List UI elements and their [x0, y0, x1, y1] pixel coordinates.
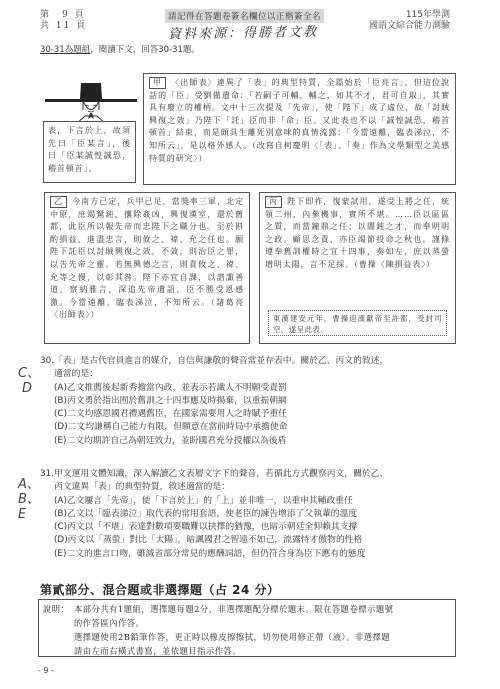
passage-bing-note: 東漢建安元年，曹操迎漢獻帝至許都，受封司空，遂呈此表。 — [268, 310, 447, 336]
part-two-title: 第貳部分、混合題或非選擇題（占 24 分） — [40, 581, 280, 598]
handwritten-mark: D — [22, 381, 40, 396]
passage-jia-text: 〈出師表〉違異了「表」的典型特質，全篇始於「臣亮言」，但這位說話的「臣」受劉備遺… — [149, 78, 450, 163]
question-stem: 30.「表」是古代官員進言的媒介，自信與謙敬的聲音常並存表中。關於乙、丙文的敘述… — [40, 355, 460, 368]
question-stem: 31.甲文運用文體知識，深入解讀乙文表層文字下的聲音，若循此方式觀察丙文，關於乙… — [40, 468, 460, 481]
passage-bing-text: 陛下即祚，復蒙試用，遂受上將之任，統領二州，內參機事，實所不堪。……臣以區區之質… — [265, 197, 450, 269]
exam-year: 115年學測 — [369, 10, 450, 21]
page-number-line: 第 9 頁 — [40, 10, 87, 21]
instructions-body: 本部分共有1題組，選擇題每題2分，非選擇題配分標於題末。限在答題卷標示題號 的作… — [74, 602, 451, 658]
instructions-line: 選擇題使用2B鉛筆作答，更正時以橡皮擦擦拭，切勿使用修正帶（液）。非選擇題 — [74, 630, 451, 644]
passage-jia: 甲〈出師表〉違異了「表」的典型特質，全篇始於「臣亮言」，但這位說話的「臣」受劉備… — [143, 73, 456, 185]
question-31: 31.甲文運用文體知識，深入解讀乙文表層文字下的聲音，若循此方式觀察丙文，關於乙… — [40, 468, 460, 561]
passage-yi-text: 今南方已定，兵甲已足，當獎率三軍，北定中原，庶竭駑鈍，攘除姦凶，興復漢室，還於舊… — [50, 197, 244, 319]
question-number: 31. — [40, 469, 54, 479]
handwritten-answer-q31: A、 B、 E — [18, 477, 40, 522]
handwritten-mark: C、 — [18, 362, 40, 381]
instructions-line: 的作答區內作答。 — [74, 616, 451, 630]
instructions-label: 說明： — [43, 602, 69, 616]
handwritten-mark: E — [18, 507, 40, 522]
exam-title: 115年學測 國語文綜合能力測驗 — [369, 10, 450, 32]
handwritten-mark: A、 — [18, 477, 40, 492]
instructions-line: 本部分共有1題組，選擇題每題2分，非選擇題配分標於題末。限在答題卷標示題號 — [74, 602, 451, 616]
part-two-instructions: 說明： 本部分共有1題組，選擇題每題2分，非選擇題配分標於題末。限在答題卷標示題… — [38, 599, 456, 657]
instructions-line: 請由左而右橫式書寫，並依題目指示作答。 — [74, 644, 451, 658]
option-b[interactable]: (B)乙文以「臨表涕泣」取代表的常用套語，使老臣的諫告增添了父執輩的溫度 — [40, 508, 460, 521]
option-e[interactable]: (E)二文均期許自己為朝廷效力，並盼國君充分授權以為後盾 — [40, 435, 460, 448]
passage-tag-yi: 乙 — [50, 196, 67, 208]
handwritten-answer-q30: C、 D — [18, 362, 40, 396]
passage-tag-jia: 甲 — [149, 77, 166, 89]
handwritten-mark: B、 — [18, 492, 40, 507]
passage-tag-bing: 丙 — [265, 196, 282, 208]
sidebox-text: 表，下言於上，故須先曰「臣某言」，後曰「臣某誠惶誠恐，稽首頓首」。 — [48, 126, 131, 173]
total-pages-line: 共 11 頁 — [40, 21, 87, 32]
passage-bing: 丙陛下即祚，復蒙試用，遂受上將之任，統領二州，內參機事，實所不堪。……臣以區區之… — [259, 192, 456, 344]
option-a[interactable]: (A)乙文推薦後起新秀擔當內政，並表示若識人不明願受責罰 — [40, 382, 460, 395]
question-stem-line: 丙文違異「表」的典型特質，敘述適當的是： — [40, 481, 460, 494]
question-30: 30.「表」是古代官員進言的媒介，自信與謙敬的聲音常並存表中。關於乙、丙文的敘述… — [40, 355, 460, 448]
question-number: 30. — [40, 356, 54, 366]
question-group-intro: 30-31為題組，閱讀下文，回答30-31題。 — [40, 43, 200, 55]
official-portrait-icon — [45, 80, 140, 125]
option-e[interactable]: (E)二文的進言口吻，雖減省部分常見的應酬詞語，但仍符合身為臣下應有的態度 — [40, 548, 460, 561]
sidebox-definition: 表，下言於上，故須先曰「臣某言」，後曰「臣某誠惶誠恐，稽首頓首」。 — [43, 121, 136, 183]
option-b[interactable]: (B)丙文勇於指出囿於舊訓之十四事應及時揚棄，以重振朝綱 — [40, 395, 460, 408]
question-group-label: 30-31為題組 — [40, 45, 90, 55]
option-d[interactable]: (D)丙文以「蒸螢」對比「太陽」，暗諷國君之智遠不如己，流露恃才傲物的性格 — [40, 534, 460, 547]
option-c[interactable]: (C)二文均感恩國君禮遇舊臣，在國家需要用人之時賦予重任 — [40, 408, 460, 421]
question-group-instruction: ，閱讀下文，回答30-31題。 — [90, 45, 200, 55]
question-stem-line: 適當的是： — [40, 368, 460, 381]
question-stem-line: 「表」是古代官員進言的媒介，自信與謙敬的聲音常並存表中。關於乙、丙文的敘述， — [54, 356, 388, 366]
question-stem-line: 甲文運用文體知識，深入解讀乙文表層文字下的聲音，若循此方式觀察丙文，關於乙、 — [54, 469, 388, 479]
page-indicator: 第 9 頁 共 11 頁 — [40, 10, 87, 32]
exam-subject: 國語文綜合能力測驗 — [369, 21, 450, 32]
option-d[interactable]: (D)二文均謙稱自己能力有限，但願意在當前時局中承擔使命 — [40, 421, 460, 434]
passage-yi: 乙今南方已定，兵甲已足，當獎率三軍，北定中原，庶竭駑鈍，攘除姦凶，興復漢室，還於… — [44, 192, 250, 344]
handwritten-source-note: 資料來源：得勝者文教 — [168, 21, 318, 43]
footer-page-number: - 9 - — [38, 666, 54, 675]
option-c[interactable]: (C)丙文以「不堪」表達對數項要職難以抉擇的猶豫，也暗示朝廷全仰賴其支撐 — [40, 521, 460, 534]
option-a[interactable]: (A)乙文屢言「先帝」，使「下言於上」的「上」並非唯一，以重申其輔政重任 — [40, 495, 460, 508]
